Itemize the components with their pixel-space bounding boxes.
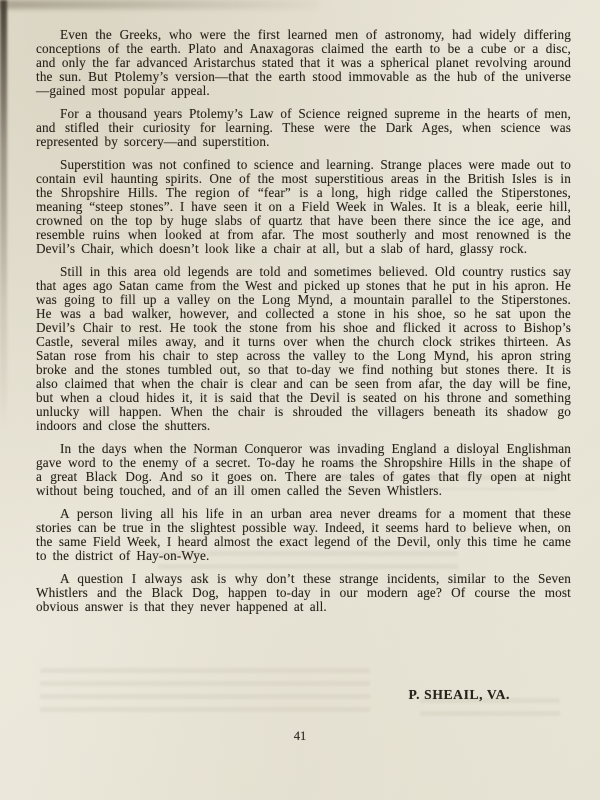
paragraph-devils-chair-legend: Still in this area old legends are told … [36, 265, 571, 433]
page-binding-shadow [0, 0, 7, 430]
paragraph-black-dog: In the days when the Norman Conqueror wa… [36, 442, 571, 498]
ink-bleed-through [40, 668, 370, 718]
paragraph-closing-question: A question I always ask is why don’t the… [36, 572, 571, 614]
paragraph-urban-disbelief: A person living all his life in an urban… [36, 507, 571, 563]
paragraph-greeks-astronomy: Even the Greeks, who were the first lear… [36, 28, 571, 98]
page-top-edge-shadow [0, 0, 320, 9]
paragraph-ptolemy-dark-ages: For a thousand years Ptolemy’s Law of Sc… [36, 107, 571, 149]
article-body: Even the Greeks, who were the first lear… [36, 28, 571, 623]
author-signature: P. SHEAIL, VA. [409, 687, 510, 703]
page-number: 41 [0, 729, 600, 744]
paragraph-stiperstones: Superstition was not confined to science… [36, 158, 571, 256]
